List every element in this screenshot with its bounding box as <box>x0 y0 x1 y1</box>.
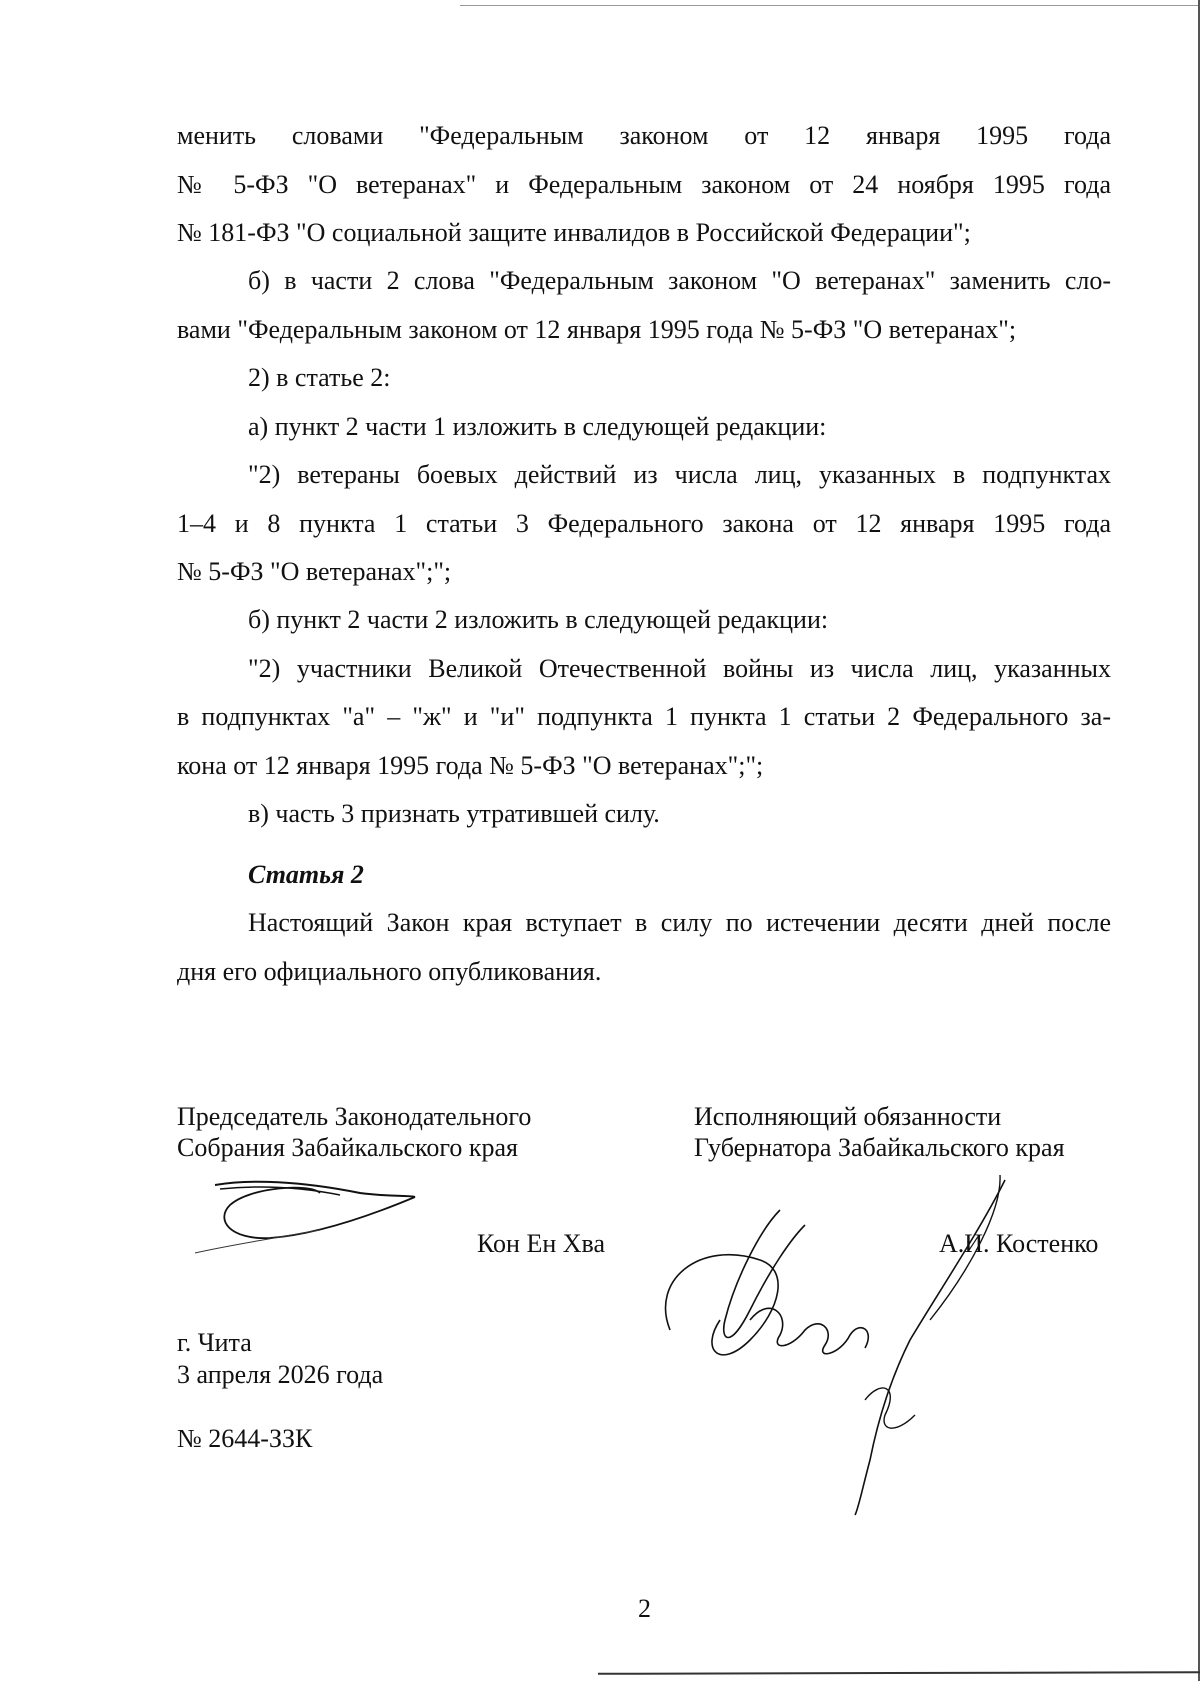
body-line: № 5-ФЗ "О ветеранах" и Федеральным закон… <box>177 170 1111 200</box>
body-line: № 5-ФЗ "О ветеранах";"; <box>177 557 1111 587</box>
body-line: б) пункт 2 части 2 изложить в следующей … <box>248 605 1111 635</box>
article-text: Настоящий Закон края вступает в силу по … <box>248 908 1111 938</box>
scan-edge-bottom <box>598 1671 1200 1675</box>
body-line: в) часть 3 признать утратившей силу. <box>248 799 1111 829</box>
right-signer-title: Исполняющий обязанности <box>694 1102 1001 1132</box>
right-signer-title: Губернатора Забайкальского края <box>694 1133 1065 1163</box>
left-signer-title: Председатель Законодательного <box>177 1102 531 1132</box>
body-line: кона от 12 января 1995 года № 5-ФЗ "О ве… <box>177 751 1111 781</box>
left-signer-name: Кон Ен Хва <box>477 1229 605 1259</box>
scan-edge-top <box>460 5 1200 6</box>
body-line: № 181-ФЗ "О социальной защите инвалидов … <box>177 218 1111 248</box>
article-text: дня его официального опубликования. <box>177 957 1111 987</box>
body-line: в подпунктах "а" – "ж" и "и" подпункта 1… <box>177 702 1111 732</box>
body-line: "2) ветераны боевых действий из числа ли… <box>248 460 1111 490</box>
article-heading: Статья 2 <box>248 860 1111 890</box>
left-signer-title: Собрания Забайкальского края <box>177 1133 518 1163</box>
body-line: менить словами "Федеральным законом от 1… <box>177 121 1111 151</box>
city: г. Чита <box>177 1328 252 1358</box>
right-signature-icon <box>640 1170 1000 1520</box>
left-signature-icon <box>190 1175 420 1255</box>
body-line: 1–4 и 8 пункта 1 статьи 3 Федерального з… <box>177 509 1111 539</box>
body-line: вами "Федеральным законом от 12 января 1… <box>177 315 1111 345</box>
date: 3 апреля 2026 года <box>177 1360 383 1390</box>
body-line: 2) в статье 2: <box>248 363 1111 393</box>
body-line: а) пункт 2 части 1 изложить в следующей … <box>248 412 1111 442</box>
body-line: б) в части 2 слова "Федеральным законом … <box>248 266 1111 296</box>
page-number: 2 <box>638 1594 651 1624</box>
law-number: № 2644-ЗЗК <box>177 1424 312 1454</box>
document-page: менить словами "Федеральным законом от 1… <box>0 0 1200 1681</box>
body-line: "2) участники Великой Отечественной войн… <box>248 654 1111 684</box>
